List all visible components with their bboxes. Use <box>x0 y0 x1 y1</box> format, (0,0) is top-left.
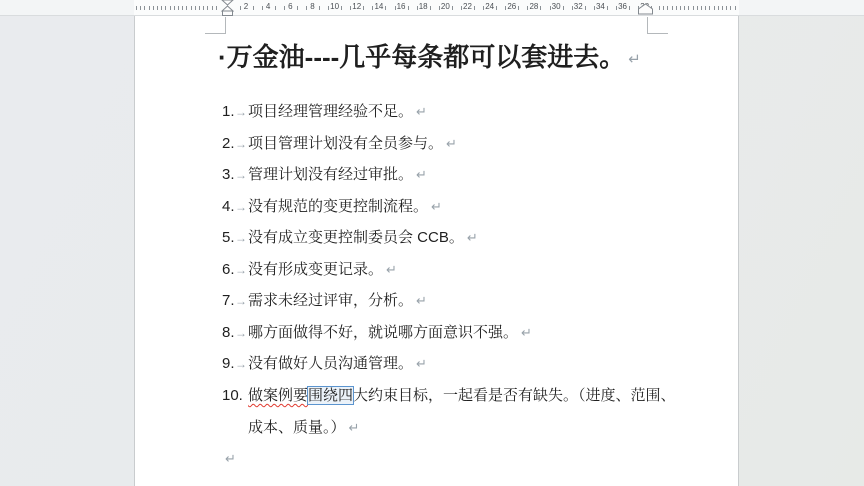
ruler-tick <box>136 6 137 10</box>
list-number: 6. <box>222 261 235 278</box>
ruler-tick <box>417 6 418 10</box>
document-title-text: ·万金油----几乎每条都可以套进去。 <box>218 42 625 72</box>
ruler-tick <box>563 6 564 10</box>
ruler-number: 16 <box>397 2 406 12</box>
ruler-number: 28 <box>529 2 538 12</box>
ruler-tick <box>262 6 263 10</box>
ruler-number: 20 <box>441 2 450 12</box>
list-number: 5. <box>222 229 235 246</box>
ruler-number: 8 <box>310 2 314 12</box>
ruler-number: 24 <box>485 2 494 12</box>
ruler-tick <box>140 6 141 10</box>
ruler-tick <box>594 6 595 10</box>
document-title[interactable]: ·万金油----几乎每条都可以套进去。↵ <box>218 40 641 77</box>
ruler-tick <box>149 6 150 10</box>
ruler-number: 2 <box>244 2 248 12</box>
ruler-tick <box>306 6 307 10</box>
list-text: 项目管理计划没有全员参与。 <box>248 135 443 152</box>
ruler-tick <box>474 6 475 10</box>
ruler-tick <box>212 6 213 10</box>
list-text: 大约束目标，一起看是否有缺失。（进度、范围、 <box>353 387 676 404</box>
tab-mark-icon: → <box>235 356 247 373</box>
list-number: 9. <box>222 355 235 372</box>
list-row[interactable]: 6.→没有形成变更记录。↵ <box>222 261 397 278</box>
ruler-number: 18 <box>419 2 428 12</box>
ruler-tick <box>688 6 689 10</box>
list-number: 1. <box>222 103 235 120</box>
paragraph-mark-icon: ↵ <box>467 230 478 245</box>
ruler-tick <box>629 6 630 10</box>
list-row[interactable]: 3.→管理计划没有经过审批。↵ <box>222 166 427 183</box>
tab-mark-icon: → <box>235 325 247 342</box>
left-indent-marker[interactable] <box>221 0 234 22</box>
paragraph-mark-icon: ↵ <box>416 167 427 182</box>
tab-mark-icon: → <box>235 199 247 216</box>
paragraph-mark-icon: ↵ <box>628 51 641 68</box>
list-number: 4. <box>222 198 235 215</box>
ruler-tick <box>395 6 396 10</box>
paragraph-mark-icon: ↵ <box>416 356 427 371</box>
list-row[interactable]: 成本、质量。）↵ <box>222 419 359 436</box>
ruler-number: 36 <box>618 2 627 12</box>
list-number: 10. <box>222 387 243 404</box>
ruler-tick <box>705 6 706 10</box>
ruler-tick <box>157 6 158 10</box>
list-number: 8. <box>222 324 235 341</box>
ruler-tick <box>199 6 200 10</box>
list-text: 成本、质量。） <box>248 419 346 436</box>
tab-mark-icon: → <box>235 136 247 153</box>
list-row[interactable]: 5.→没有成立变更控制委员会 CCB。↵ <box>222 229 478 246</box>
list-text: 需求未经过评审，分析。 <box>248 292 413 309</box>
ruler-number: 32 <box>574 2 583 12</box>
tab-mark-icon: → <box>235 293 247 310</box>
ruler-tick <box>667 6 668 10</box>
list-number: 3. <box>222 166 235 183</box>
ruler-tick <box>697 6 698 10</box>
ruler-tick <box>385 6 386 10</box>
ruler-tick <box>328 6 329 10</box>
ruler-number: 6 <box>288 2 292 12</box>
ruler-tick <box>216 6 217 10</box>
ruler-tick <box>684 6 685 10</box>
ruler-tick <box>693 6 694 10</box>
document-page[interactable] <box>134 15 739 486</box>
ruler-tick <box>203 6 204 10</box>
list-row[interactable]: 9.→没有做好人员沟通管理。↵ <box>222 355 427 372</box>
list-text: 没有做好人员沟通管理。 <box>248 355 413 372</box>
list-text: 管理计划没有经过审批。 <box>248 166 413 183</box>
margin-cropmark-left-horizontal <box>205 33 226 34</box>
paragraph-mark-icon: ↵ <box>446 136 457 151</box>
list-row[interactable]: 4.→没有规范的变更控制流程。↵ <box>222 198 442 215</box>
paragraph-mark-icon: ↵ <box>225 451 236 466</box>
tab-mark-icon: → <box>235 104 247 121</box>
right-indent-marker[interactable] <box>638 2 653 20</box>
ruler-tick <box>714 6 715 10</box>
ruler-tick <box>585 6 586 10</box>
paragraph-mark-icon: ↵ <box>386 262 397 277</box>
list-row[interactable]: 2.→项目管理计划没有全员参与。↵ <box>222 135 457 152</box>
ruler-tick <box>319 6 320 10</box>
ruler-tick <box>195 6 196 10</box>
ruler-tick <box>726 6 727 10</box>
list-text: 没有形成变更记录。 <box>248 261 383 278</box>
ruler-tick <box>572 6 573 10</box>
paragraph-mark-icon: ↵ <box>416 104 427 119</box>
ruler-tick <box>240 6 241 10</box>
ruler-tick <box>341 6 342 10</box>
list-number: 2. <box>222 135 235 152</box>
ruler-number: 14 <box>374 2 383 12</box>
list-text: 项目经理管理经验不足。 <box>248 103 413 120</box>
ruler-tick <box>676 6 677 10</box>
ruler-tick <box>165 6 166 10</box>
ruler-tick <box>191 6 192 10</box>
ruler-tick <box>408 6 409 10</box>
paragraph-mark-icon: ↵ <box>521 325 532 340</box>
ruler-tick <box>527 6 528 10</box>
ruler-number: 12 <box>352 2 361 12</box>
tab-mark-icon: → <box>235 167 247 184</box>
ruler-tick <box>161 6 162 10</box>
ruler-number: 22 <box>463 2 472 12</box>
ruler-tick <box>153 6 154 10</box>
paragraph-mark-icon: ↵ <box>349 420 360 435</box>
ruler-tick <box>616 6 617 10</box>
ruler-tick <box>505 6 506 10</box>
ruler-tick <box>461 6 462 10</box>
ruler-tick <box>701 6 702 10</box>
list-row[interactable]: 8.→哪方面做得不好，就说哪方面意识不强。↵ <box>222 324 532 341</box>
ruler-tick <box>170 6 171 10</box>
ruler-number: 34 <box>596 2 605 12</box>
ruler-number: 4 <box>266 2 270 12</box>
tab-mark-icon: → <box>235 262 247 279</box>
ruler-tick <box>735 6 736 10</box>
word-processor-viewport: { "colors": { "text": "#1f1f1f", "format… <box>0 0 864 486</box>
ruler-tick <box>680 6 681 10</box>
ruler-tick <box>363 6 364 10</box>
grammarcheck-flagged-text: 围绕四 <box>308 387 353 404</box>
ruler-tick <box>496 6 497 10</box>
ruler-tick <box>207 6 208 10</box>
ruler-tick <box>730 6 731 10</box>
horizontal-ruler[interactable]: 2468101214161820222426283032343638 <box>0 0 864 16</box>
tab-mark-icon: → <box>235 230 247 247</box>
ruler-tick <box>718 6 719 10</box>
ruler-tick <box>430 6 431 10</box>
ruler-tick <box>663 6 664 10</box>
margin-cropmark-right-horizontal <box>647 33 668 34</box>
ruler-tick <box>284 6 285 10</box>
ruler-tick <box>186 6 187 10</box>
ruler-tick <box>483 6 484 10</box>
list-row[interactable]: 7.→需求未经过评审，分析。↵ <box>222 292 427 309</box>
paragraph-mark-icon: ↵ <box>416 293 427 308</box>
ruler-tick <box>672 6 673 10</box>
list-text: 没有规范的变更控制流程。 <box>248 198 428 215</box>
ruler-tick <box>607 6 608 10</box>
ruler-tick <box>722 6 723 10</box>
list-number: 7. <box>222 292 235 309</box>
ruler-tick <box>174 6 175 10</box>
list-row[interactable]: 1.→项目经理管理经验不足。↵ <box>222 103 427 120</box>
ruler-tick <box>144 6 145 10</box>
ruler-tick <box>439 6 440 10</box>
ruler-tick <box>518 6 519 10</box>
list-row[interactable]: 10.做案例要围绕四大约束目标，一起看是否有缺失。（进度、范围、 <box>222 387 676 404</box>
ruler-number: 30 <box>552 2 561 12</box>
ruler-tick <box>275 6 276 10</box>
spellcheck-flagged-text: 做案例要 <box>248 387 308 404</box>
ruler-tick <box>178 6 179 10</box>
ruler-tick <box>452 6 453 10</box>
ruler-tick <box>550 6 551 10</box>
ruler-tick <box>297 6 298 10</box>
empty-paragraph[interactable]: ↵ <box>222 450 236 467</box>
ruler-tick <box>253 6 254 10</box>
ruler-tick <box>372 6 373 10</box>
ruler-tick <box>350 6 351 10</box>
list-text: 没有成立变更控制委员会 CCB。 <box>248 229 464 246</box>
ruler-number: 10 <box>330 2 339 12</box>
ruler-tick <box>659 6 660 10</box>
ruler-tick <box>182 6 183 10</box>
paragraph-mark-icon: ↵ <box>431 199 442 214</box>
ruler-number: 26 <box>507 2 516 12</box>
list-text: 哪方面做得不好，就说哪方面意识不强。 <box>248 324 518 341</box>
ruler-tick <box>540 6 541 10</box>
ruler-tick <box>709 6 710 10</box>
